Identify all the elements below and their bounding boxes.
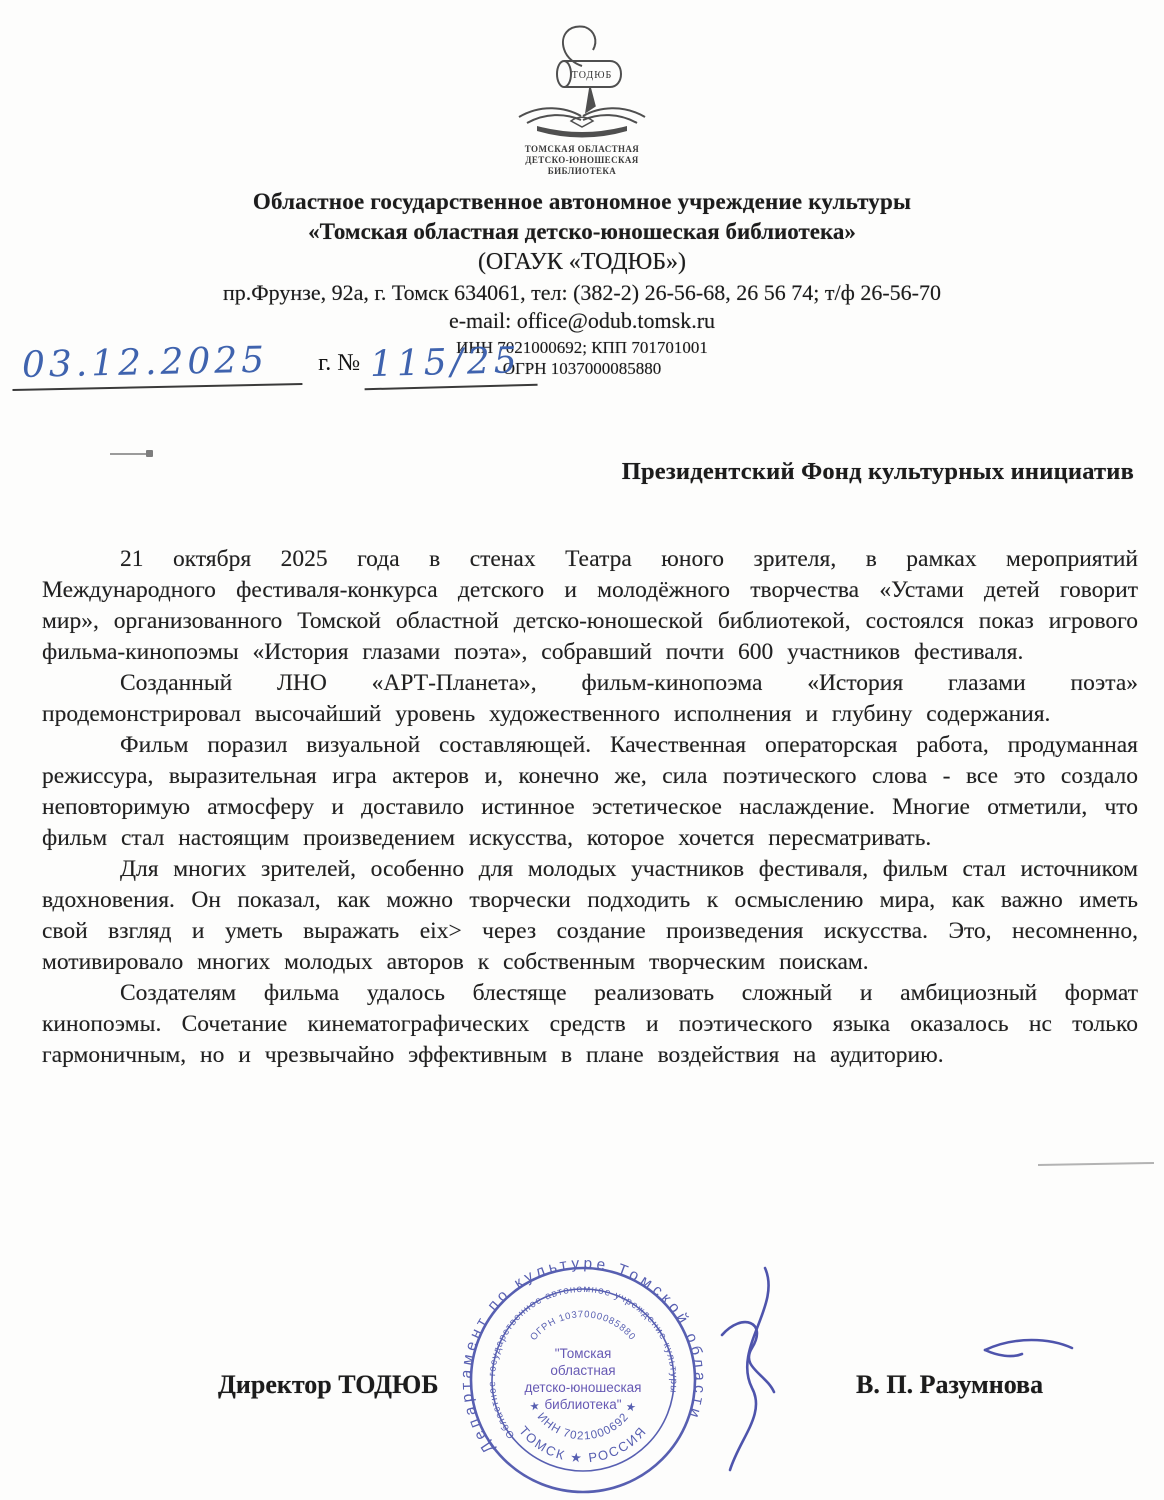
- scanned-letter-page: ТОДЮБ ТОМСКАЯ ОБЛАСТНАЯ ДЕТСКО-ЮНОШЕСКАЯ…: [0, 0, 1164, 1500]
- handwritten-date: 03.12.2025: [12, 339, 303, 391]
- letterhead: ТОДЮБ ТОМСКАЯ ОБЛАСТНАЯ ДЕТСКО-ЮНОШЕСКАЯ…: [0, 22, 1164, 379]
- scroll-book-logo-icon: ТОДЮБ: [507, 22, 657, 142]
- logo-caption-line: БИБЛИОТЕКА: [507, 166, 657, 177]
- stamp-center-text: "Томская областная детско-юношеская библ…: [525, 1346, 642, 1412]
- logo-caption-line: ТОМСКАЯ ОБЛАСТНАЯ: [507, 144, 657, 155]
- org-short-name: (ОГАУК «ТОДЮБ»): [0, 249, 1164, 276]
- stamp-city-text: ТОМСК ★ РОССИЯ: [516, 1423, 650, 1466]
- recipient: Президентский Фонд культурных инициатив: [622, 458, 1134, 486]
- svg-text:"Томская: "Томская: [555, 1346, 612, 1361]
- scan-artifact-line: [1038, 1162, 1154, 1166]
- reference-line: 03.12.2025г. №115/25: [12, 342, 537, 388]
- scan-artifact-dash: [110, 453, 146, 455]
- org-name-line1: Областное государственное автономное учр…: [0, 189, 1164, 215]
- org-email: e-mail: office@odub.tomsk.ru: [0, 308, 1164, 334]
- paragraph: Создателям фильма удалось блестяще реали…: [42, 978, 1138, 1071]
- logo-caption-line: ДЕТСКО-ЮНОШЕСКАЯ: [507, 155, 657, 166]
- round-stamp: Департамент по культуре Томской области …: [433, 1252, 733, 1500]
- logo-caption: ТОМСКАЯ ОБЛАСТНАЯ ДЕТСКО-ЮНОШЕСКАЯ БИБЛИ…: [507, 144, 657, 177]
- org-name-line2: «Томская областная детско-юношеская библ…: [0, 219, 1164, 245]
- svg-text:библиотека": библиотека": [544, 1397, 621, 1412]
- logo-banner-text: ТОДЮБ: [572, 70, 613, 81]
- paragraph: Фильм поразил визуальной составляющей. К…: [42, 730, 1138, 854]
- library-logo: ТОДЮБ ТОМСКАЯ ОБЛАСТНАЯ ДЕТСКО-ЮНОШЕСКАЯ…: [507, 22, 657, 177]
- paragraph: Для многих зрителей, особенно для молоды…: [42, 854, 1138, 978]
- scan-artifact-dot: [146, 450, 153, 457]
- number-label: г. №: [318, 350, 360, 377]
- signer-position: Директор ТОДЮБ: [218, 1370, 439, 1400]
- letter-body: 21 октября 2025 года в стенах Театра юно…: [42, 544, 1138, 1071]
- org-address: пр.Фрунзе, 92а, г. Томск 634061, тел: (3…: [0, 280, 1164, 306]
- svg-text:детско-юношеская: детско-юношеская: [525, 1380, 642, 1395]
- paragraph: 21 октября 2025 года в стенах Театра юно…: [42, 544, 1138, 668]
- handwritten-number: 115/25: [364, 340, 538, 391]
- stamp-ogrn-text: ОГРН 1037000085880: [528, 1309, 638, 1343]
- paragraph: Созданный ЛНО «АРТ-Планета», фильм-киноп…: [42, 668, 1138, 730]
- signer-name: В. П. Разумнова: [856, 1370, 1043, 1400]
- svg-text:областная: областная: [550, 1363, 615, 1378]
